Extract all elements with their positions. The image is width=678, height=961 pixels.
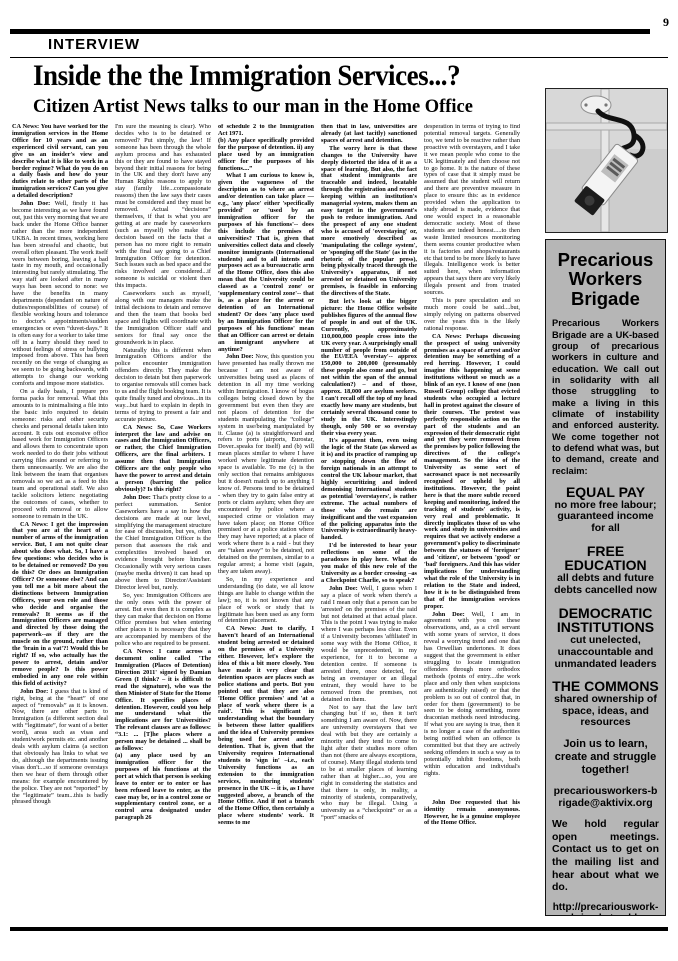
article-paragraph: CA News: Perhaps discussing the prospect… [424, 334, 520, 611]
article-paragraph: John Doe: That's pretty close to a perfe… [115, 495, 211, 592]
article-paragraph: desperation in terms of trying to find p… [424, 124, 520, 297]
article-paragraph: I'd be interested to hear your reflectio… [321, 543, 417, 585]
article-paragraph: CA News: I get the impression that you a… [12, 522, 108, 688]
article-paragraph: John Doe: Now, this question you have pr… [218, 354, 314, 576]
pwb-demand-body: cut unelected, unaccountable and unmanda… [552, 635, 659, 670]
article-paragraph: What I am curious to know is, given the … [218, 173, 314, 353]
pwb-demand-heading: FREE EDUCATION [552, 544, 659, 573]
pwb-email: precariousworkers-brigade@aktivix.org [552, 785, 659, 809]
speaker-label: John Doe: [123, 494, 153, 501]
pwb-demand-heading: DEMOCRATIC INSTITUTIONS [552, 606, 659, 635]
pwb-demand-heading: EQUAL PAY [552, 485, 659, 500]
bottom-rule [10, 927, 668, 931]
pwb-url: http://precariouswork-ersbrigade.tumblr.… [552, 902, 659, 916]
speaker-label: John Doe: [329, 585, 361, 592]
pwb-demand: THE COMMONSshared ownership of space, id… [552, 679, 659, 729]
article-paragraph: CA News: I came across a document online… [115, 649, 211, 822]
pwb-demand-body: no more free labour; guaranteed income f… [552, 500, 659, 535]
pwb-demand-heading: THE COMMONS [552, 679, 659, 694]
article-paragraph: I'm sure the meaning is clear). Who deci… [115, 124, 211, 290]
pwb-demand: EQUAL PAYno more free labour; guaranteed… [552, 485, 659, 535]
article-paragraph: John Doe: Well, I am in agreement with y… [424, 612, 520, 778]
pwb-intro: Precarious Workers Brigade are a UK-base… [552, 318, 659, 477]
article-columns: CA News: You have worked for the immigra… [12, 124, 520, 916]
article-paragraph: CA News: You have worked for the immigra… [12, 124, 108, 200]
article-subheadline: Citizen Artist News talks to our man in … [33, 96, 473, 118]
newspaper-page: 9 INTERVIEW Inside the the Immigration S… [0, 0, 678, 961]
pwb-demand: FREE EDUCATIONall debts and future debts… [552, 544, 659, 597]
article-paragraph: So, in my experience and understanding (… [218, 577, 314, 625]
article-paragraph: of schedule 2 to the Immigration Act 197… [218, 124, 314, 172]
pwb-demands: EQUAL PAYno more free labour; guaranteed… [552, 485, 659, 729]
article-column: of schedule 2 to the Immigration Act 197… [218, 124, 314, 916]
pwb-demand: DEMOCRATIC INSTITUTIONScut unelected, un… [552, 606, 659, 671]
cctv-camera-photo [545, 88, 668, 233]
pwb-demand-body: shared ownership of space, ideas, and re… [552, 694, 659, 729]
article-paragraph: John Doe requested that his identity rem… [424, 800, 520, 828]
article-column: desperation in terms of trying to find p… [424, 124, 520, 916]
pwb-title: Precarious Workers Brigade [552, 250, 659, 308]
article-column: CA News: You have worked for the immigra… [12, 124, 108, 916]
article-paragraph: CA News: So, Case Workers interpret the … [115, 425, 211, 494]
article-paragraph: This is pure speculation and so much mor… [424, 298, 520, 333]
page-number: 9 [663, 15, 669, 30]
speaker-label: John Doe: [20, 200, 55, 207]
article-paragraph: John Doe: Well, I guess when I say a pla… [321, 586, 417, 704]
section-label: INTERVIEW [48, 36, 140, 53]
pwb-meetings-text: We hold regular open meetings. Contact u… [552, 818, 659, 894]
article-paragraph: Not to say that the law isn't changing b… [321, 705, 417, 823]
speaker-label: John Doe: [20, 688, 50, 695]
article-paragraph: CA News: Just to clarify, I haven't hear… [218, 626, 314, 827]
article-paragraph: John Doe: Well, firstly it has become in… [12, 201, 108, 388]
article-headline: Inside the the Immigration Services...? [33, 59, 460, 93]
pwb-demand-body: all debts and future debts cancelled now [552, 573, 659, 597]
article-paragraph: On a daily basis, I prepare pro forma pa… [12, 389, 108, 521]
precarious-workers-brigade-box: Precarious Workers Brigade Precarious Wo… [545, 239, 666, 916]
cctv-camera-illustration [546, 89, 667, 232]
pwb-join-text: Join us to learn, create and struggle to… [552, 738, 659, 776]
section-divider-rule [10, 57, 668, 58]
article-paragraph: Naturally this is different when Immigra… [115, 348, 211, 424]
speaker-label: John Doe: [226, 353, 255, 360]
speaker-label: John Doe: [432, 611, 472, 618]
article-paragraph: Caseworkers such as myself, along with o… [115, 291, 211, 346]
article-paragraph: The worry here is that these changes to … [321, 146, 417, 298]
article-paragraph: John Doe: I guess that is kind of right,… [12, 689, 108, 807]
article-paragraph: It's apparent then, even using the logic… [321, 438, 417, 542]
article-paragraph: So, yes: Immigration Officers are the on… [115, 593, 211, 648]
article-paragraph: But let's look at the bigger picture: th… [321, 299, 417, 437]
top-rule [10, 29, 650, 34]
article-column: I'm sure the meaning is clear). Who deci… [115, 124, 211, 916]
article-column: then that in law, universities are alrea… [321, 124, 417, 916]
article-paragraph: then that in law, universities are alrea… [321, 124, 417, 145]
